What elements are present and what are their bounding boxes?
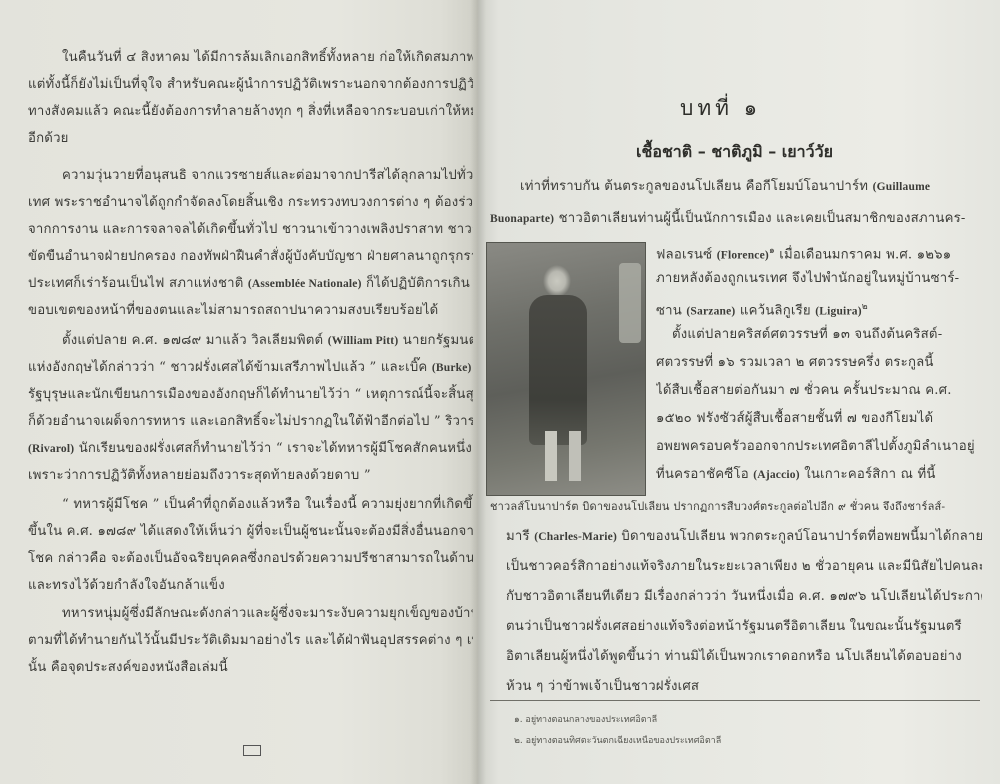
footnote-1: ๑. อยู่ทางตอนกลางของประเทศอิตาลี (514, 712, 657, 726)
latin-term-liguira: (Liguira) (815, 305, 862, 317)
text-run: ที่นครอาชัคซีโอ (656, 467, 749, 482)
right-intro-line2: Buonaparte) ชาวอิตาเลียนท่านผู้นี้เป็นนั… (490, 208, 982, 230)
right-full-line2: มารี (Charles-Marie) บิดาของนโปเลียน พวก… (506, 526, 982, 548)
footnote-divider (490, 700, 980, 701)
latin-term-rivarol: (Rivarol) (28, 443, 74, 455)
chapter-subtitle: เชื้อชาติ – ชาติภูมิ – เยาว์วัย (636, 140, 833, 165)
latin-term-guillaume: (Guillaume (873, 181, 931, 193)
text-run: ประเทศก็เร่าร้อนเป็นไฟ สภาแห่งชาติ (28, 276, 243, 291)
text-run: แห่งอังกฤษได้กล่าวว่า “ ชาวฝรั่งเศสได้ข้… (28, 360, 427, 375)
right-side-line8: อพยพครอบครัวออกจากประเทศอิตาลีไปตั้งภูมิ… (656, 436, 982, 458)
page-number-box (243, 745, 261, 756)
open-book-spread: ในคืนวันที่ ๔ สิงหาคม ได้มีการล้มเลิกเอก… (0, 0, 1000, 784)
photo-background-panel (619, 263, 641, 343)
right-side-line1: ฟลอเรนซ์ (Florence)๑ เมื่อเดือนมกราคม พ.… (656, 240, 982, 262)
text-run: เมื่อเดือนมกราคม พ.ศ. ๑๒๖๑ (779, 247, 951, 262)
text-run: ก็ได้ปฏิบัติการเกิน (366, 276, 470, 291)
text-run: ชาวอิตาเลียนท่านผู้นี้เป็นนักการเมือง แล… (559, 211, 966, 226)
right-full-line7: ห้วน ๆ ว่าข้าพเจ้าเป็นชาวฝรั่งเศส (506, 676, 982, 698)
left-p3-line3: รัฐบุรุษและนักเขียนการเมืองของอังกฤษก็ได… (28, 384, 473, 406)
left-p1-line1: ในคืนวันที่ ๔ สิงหาคม ได้มีการล้มเลิกเอก… (62, 47, 473, 69)
left-p1-line2: แต่ทั้งนี้ก็ยังไม่เป็นที่จุใจ สำหรับคณะผ… (28, 74, 473, 96)
text-run: ในเกาะคอร์สิกา ณ ที่นี้ (804, 467, 935, 482)
text-run: ฟลอเรนซ์ (656, 247, 712, 262)
right-side-line5: ศตวรรษที่ ๑๖ รวมเวลา ๒ ศตวรรษครึ่ง ตระกู… (656, 352, 982, 374)
right-full-line3: เป็นชาวคอร์สิกาอย่างแท้จริงภายในระยะเวลา… (506, 556, 982, 578)
right-side-line7: ๑๕๒๐ ฟรังซัวส์ผู้สืบเชื้อสายชั้นที่ ๗ ขอ… (656, 408, 982, 430)
left-p4-line4: และทรงไว้ด้วยกำลังใจอันกล้าแข็ง (28, 575, 473, 597)
right-intro-line1: เท่าที่ทราบกัน ต้นตระกูลของนโปเลียน คือก… (520, 176, 982, 198)
left-p4-line3: โชค กล่าวคือ จะต้องเป็นอัจฉริยบุคคลซึ่งก… (28, 548, 473, 570)
footnote-mark: ๑ (769, 246, 775, 256)
latin-term-ajaccio: (Ajaccio) (753, 469, 800, 481)
left-p3-line2: แห่งอังกฤษได้กล่าวว่า “ ชาวฝรั่งเศสได้ข้… (28, 357, 473, 379)
right-side-line2: ภายหลังต้องถูกเนรเทศ จึงไปพำนักอยู่ในหมู… (656, 268, 982, 290)
text-run: นายกรัฐมนตรี (403, 333, 473, 348)
latin-term-burke: (Burke) (432, 362, 472, 374)
right-side-line9: ที่นครอาชัคซีโอ (Ajaccio) ในเกาะคอร์สิกา… (656, 464, 982, 486)
chapter-title: บทที่ ๑ (680, 92, 761, 125)
left-p2-line5: ประเทศก็เร่าร้อนเป็นไฟ สภาแห่งชาติ (Asse… (28, 273, 473, 295)
latin-term-buonaparte: Buonaparte) (490, 213, 554, 225)
latin-term-florence: (Florence) (717, 249, 769, 261)
left-p5-line1: ทหารหนุ่มผู้ซึ่งมีลักษณะดังกล่าวและผู้ซึ… (62, 603, 473, 625)
right-side-line4: ตั้งแต่ปลายคริสต์ศตวรรษที่ ๑๓ จนถึงต้นคร… (672, 324, 982, 346)
text-run: ซาน (656, 303, 682, 318)
right-full-line1: ชาวลส์โบนาปาร์ต บิดาของนโปเลียน ปรากฏการ… (490, 496, 982, 518)
left-p4-line2: ขึ้นใน ค.ศ. ๑๗๘๙ ได้แสดงให้เห็นว่า ผู้ที… (28, 521, 473, 543)
left-p3-line1: ตั้งแต่ปลาย ค.ศ. ๑๗๘๙ มาแล้ว วิลเลียมพิต… (62, 330, 473, 352)
text-run: นักเรียนของฝรั่งเศสก็ทำนายไว้ว่า “ เราจะ… (79, 441, 472, 456)
portrait-photo (486, 242, 646, 496)
photo-figure-legs (545, 431, 585, 481)
latin-term-charles-marie: (Charles-Marie) (534, 531, 617, 543)
left-p5-line3: นั้น คือจุดประสงค์ของหนังสือเล่มนี้ (28, 657, 473, 679)
photo-figure (529, 295, 587, 445)
left-p1-line4: อีกด้วย (28, 128, 473, 150)
left-p2-line3: จากการงาน และการจลาจลได้เกิดขึ้นทั่วไป ช… (28, 219, 473, 241)
left-p2-line6: ขอบเขตของหน้าที่ของตนและไม่สามารถสถาปนาค… (28, 300, 473, 322)
left-p1-line3: ทางสังคมแล้ว คณะนี้ยังต้องการทำลายล้างทุ… (28, 101, 473, 123)
latin-term-william-pitt: (William Pitt) (328, 335, 399, 347)
text-run: เท่าที่ทราบกัน ต้นตระกูลของนโปเลียน คือก… (520, 179, 868, 194)
right-full-line6: อิตาเลียนผู้หนึ่งได้พูดขึ้นว่า ท่านมิได้… (506, 646, 982, 668)
left-p2-line4: ขัดขืนอำนาจฝ่ายปกครอง กองทัพฝ่าฝืนคำสั่ง… (28, 246, 473, 268)
left-p3-line5: (Rivarol) นักเรียนของฝรั่งเศสก็ทำนายไว้ว… (28, 438, 473, 460)
right-side-line6: ได้สืบเชื้อสายต่อกันมา ๗ ชั่วคน ครั้นประ… (656, 380, 982, 402)
right-full-line5: ตนว่าเป็นชาวฝรั่งเศสอย่างแท้จริงต่อหน้าร… (506, 616, 982, 638)
footnote-mark: ๒ (862, 302, 868, 312)
left-p3-line6: เพราะว่าการปฏิวัติทั้งหลายย่อมถึงวาระสุด… (28, 465, 473, 487)
text-run: แคว้นลิกูเรีย (740, 303, 811, 318)
footnote-2: ๒. อยู่ทางตอนทิศตะวันตกเฉียงเหนือของประเ… (514, 733, 721, 747)
latin-term-assemblee: (Assemblée Nationale) (248, 278, 362, 290)
left-p2-line1: ความวุ่นวายที่อนุสนธิ จากแวรซายส์และต่อม… (62, 165, 473, 187)
text-run: บิดาของนโปเลียน พวกตระกูลบ์โอนาปาร์ตที่อ… (621, 529, 982, 544)
right-full-line4: กับชาวอิตาเลียนทีเดียว มีเรื่องกล่าวว่า … (506, 586, 982, 608)
text-run: มารี (506, 529, 530, 544)
left-p2-line2: เทศ พระราชอำนาจได้ถูกกำจัดลงโดยสิ้นเชิง … (28, 192, 473, 214)
latin-term-sarzane: (Sarzane) (686, 305, 735, 317)
text-run: ตั้งแต่ปลาย ค.ศ. ๑๗๘๙ มาแล้ว วิลเลียมพิต… (62, 333, 323, 348)
left-p4-line1: “ ทหารผู้มีโชค ” เป็นคำที่ถูกต้องแล้วหรื… (62, 494, 473, 516)
right-side-line3: ซาน (Sarzane) แคว้นลิกูเรีย (Liguira)๒ (656, 296, 982, 318)
left-p5-line2: ตามที่ได้ทำนายกันไว้นั้นมีประวัติเดิมมาอ… (28, 630, 473, 652)
left-p3-line4: ก็ด้วยอำนาจเผด็จการทหาร และเอกสิทธิ์จะไม… (28, 411, 473, 433)
